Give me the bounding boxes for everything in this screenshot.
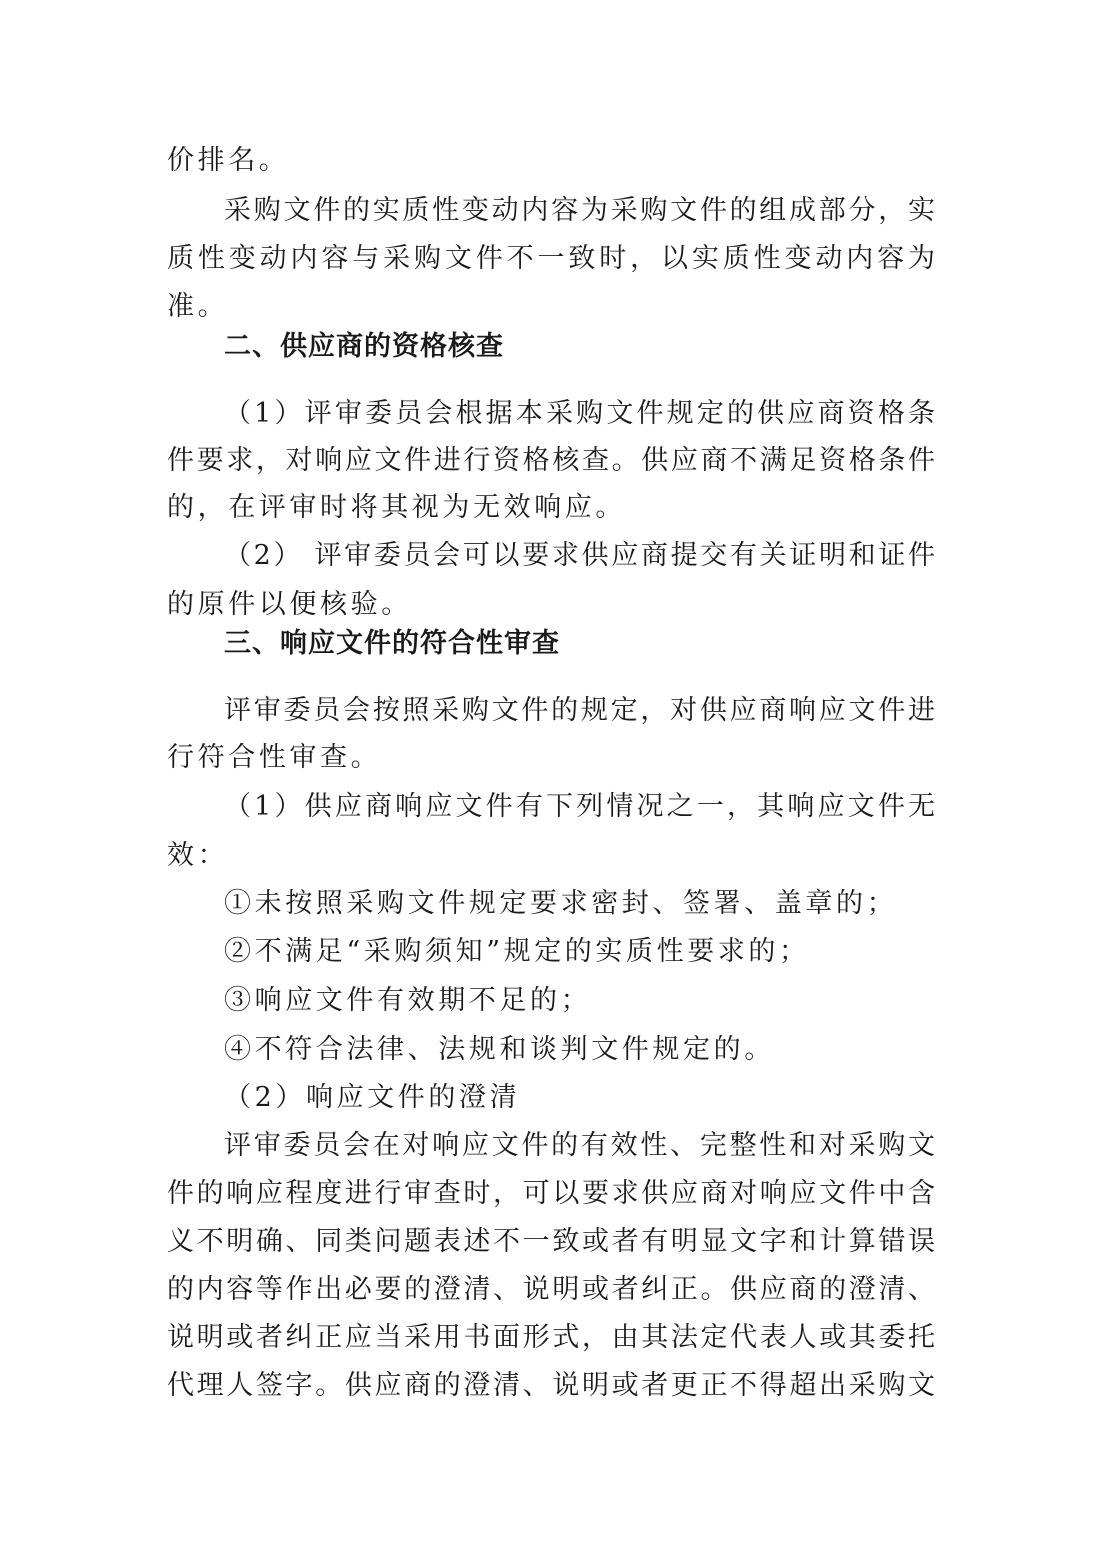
text-line: （2） 评审委员会可以要求供应商提交有关证明和证件 xyxy=(224,538,935,574)
text-line: 行符合性审查。 xyxy=(167,740,935,776)
section-heading: 三、响应文件的符合性审查 xyxy=(224,626,935,662)
text-line: 评审委员会按照采购文件的规定，对供应商响应文件进 xyxy=(224,693,935,729)
document-page: 价排名。采购文件的实质性变动内容为采购文件的组成部分，实质性变动内容与采购文件不… xyxy=(0,0,1102,1559)
text-line: （1）评审委员会根据本采购文件规定的供应商资格条 xyxy=(224,396,935,432)
text-line: 义不明确、同类问题表述不一致或者有明显文字和计算错误 xyxy=(167,1224,935,1260)
text-line: 的，在评审时将其视为无效响应。 xyxy=(167,490,935,526)
text-line: 准。 xyxy=(167,289,935,325)
text-line: 质性变动内容与采购文件不一致时，以实质性变动内容为 xyxy=(167,241,935,277)
text-line: ①未按照采购文件规定要求密封、签署、盖章的； xyxy=(224,886,935,922)
text-line: ④不符合法律、法规和谈判文件规定的。 xyxy=(224,1032,935,1068)
text-line: 采购文件的实质性变动内容为采购文件的组成部分，实 xyxy=(224,193,935,229)
text-line: 件要求，对响应文件进行资格核查。供应商不满足资格条件 xyxy=(167,443,935,479)
text-line: 件的响应程度进行审查时，可以要求供应商对响应文件中含 xyxy=(167,1176,935,1212)
text-line: 评审委员会在对响应文件的有效性、完整性和对采购文 xyxy=(224,1128,935,1164)
text-line: ③响应文件有效期不足的； xyxy=(224,983,935,1019)
text-line: 价排名。 xyxy=(167,143,935,179)
text-line: 的原件以便核验。 xyxy=(167,587,935,623)
text-line: 效： xyxy=(167,838,935,874)
text-line: 说明或者纠正应当采用书面形式，由其法定代表人或其委托 xyxy=(167,1320,935,1356)
text-line: ②不满足“采购须知”规定的实质性要求的； xyxy=(224,934,935,970)
text-line: 代理人签字。供应商的澄清、说明或者更正不得超出采购文 xyxy=(167,1368,935,1404)
text-line: （1）供应商响应文件有下列情况之一，其响应文件无 xyxy=(224,789,935,825)
text-line: 的内容等作出必要的澄清、说明或者纠正。供应商的澄清、 xyxy=(167,1272,935,1308)
section-heading: 二、供应商的资格核查 xyxy=(224,329,935,365)
text-line: （2）响应文件的澄清 xyxy=(224,1080,935,1116)
